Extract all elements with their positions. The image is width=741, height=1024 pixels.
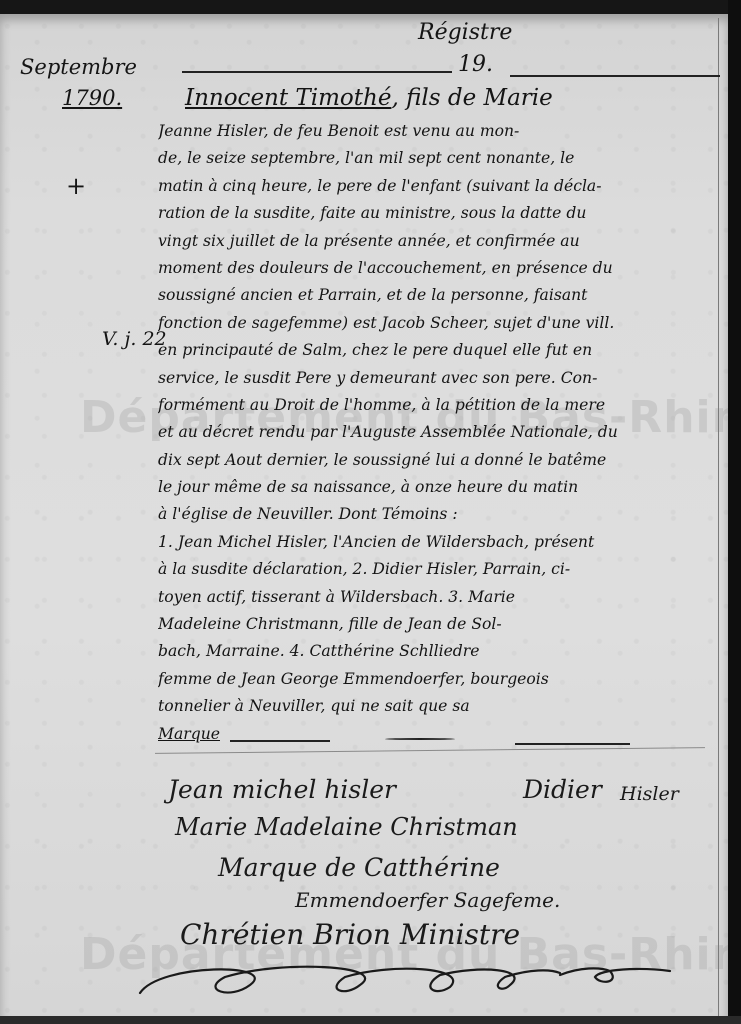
register-label: Régistre — [418, 20, 512, 45]
entry-line: soussigné ancien et Parrain, et de la pe… — [158, 282, 723, 309]
entry-line: à la susdite déclaration, 2. Didier Hisl… — [158, 556, 723, 583]
flourish-rule — [515, 743, 630, 745]
scan-border-right — [728, 0, 741, 1024]
entry-line: ration de la susdite, faite au ministre,… — [158, 200, 723, 227]
entry-line: en principauté de Salm, chez le pere duq… — [158, 337, 723, 364]
cross-mark-icon: + — [66, 172, 86, 200]
entry-line: 1. Jean Michel Hisler, l'Ancien de Wilde… — [158, 529, 723, 556]
margin-annotation: V. j. 22 — [102, 328, 167, 350]
signature-emmendoerfer: Emmendoerfer Sagefeme. — [295, 888, 560, 912]
signature-didier: Didier — [523, 775, 602, 804]
header-rule-left — [182, 71, 452, 73]
signature-marque-catherine: Marque de Catthérine — [218, 853, 500, 882]
entry-line: toyen actif, tisserant à Wildersbach. 3.… — [158, 584, 723, 611]
entry-line: Marque — [158, 721, 723, 748]
entry-line: formément au Droit de l'homme, à la péti… — [158, 392, 723, 419]
entry-line: à l'église de Neuviller. Dont Témoins : — [158, 501, 723, 528]
entry-line: Madeleine Christmann, fille de Jean de S… — [158, 611, 723, 638]
entry-line: de, le seize septembre, l'an mil sept ce… — [158, 145, 723, 172]
signature-hisler: Hisler — [620, 783, 679, 805]
scan-border-bottom — [0, 1016, 741, 1024]
entry-line: le jour même de sa naissance, à onze heu… — [158, 474, 723, 501]
header-rule-right — [510, 75, 720, 77]
entry-line: service, le susdit Pere y demeurant avec… — [158, 365, 723, 392]
entry-line: bach, Marraine. 4. Catthérine Schlliedre — [158, 638, 723, 665]
entry-line: Jeanne Hisler, de feu Benoit est venu au… — [158, 118, 723, 145]
entry-title: Innocent Timothé, fils de Marie — [185, 85, 553, 111]
child-name: Innocent Timothé — [185, 85, 391, 111]
closing-flourish-icon — [130, 955, 690, 1005]
entry-body: Jeanne Hisler, de feu Benoit est venu au… — [158, 118, 723, 748]
scanned-document: Département du Bas-Rhin Département du B… — [0, 0, 741, 1024]
entry-line: dix sept Aout dernier, le soussigné lui … — [158, 447, 723, 474]
entry-line: tonnelier à Neuviller, qui ne sait que s… — [158, 693, 723, 720]
title-rest: , fils de Marie — [391, 85, 552, 111]
signature-marie-madelaine: Marie Madelaine Christman — [175, 813, 518, 841]
flourish-rule — [230, 740, 330, 742]
entry-line: et au décret rendu par l'Auguste Assembl… — [158, 419, 723, 446]
margin-year: 1790. — [62, 86, 122, 110]
entry-number: 19. — [458, 52, 493, 77]
margin-month: Septembre — [20, 55, 137, 79]
entry-line: moment des douleurs de l'accouchement, e… — [158, 255, 723, 282]
flourish-rule — [385, 738, 455, 740]
entry-line: fonction de sagefemme) est Jacob Scheer,… — [158, 310, 723, 337]
entry-line: vingt six juillet de la présente année, … — [158, 228, 723, 255]
entry-line: femme de Jean George Emmendoerfer, bourg… — [158, 666, 723, 693]
signature-minister: Chrétien Brion Ministre — [180, 918, 520, 951]
entry-line: matin à cinq heure, le pere de l'enfant … — [158, 173, 723, 200]
signature-jean-michel-hisler: Jean michel hisler — [168, 775, 396, 804]
